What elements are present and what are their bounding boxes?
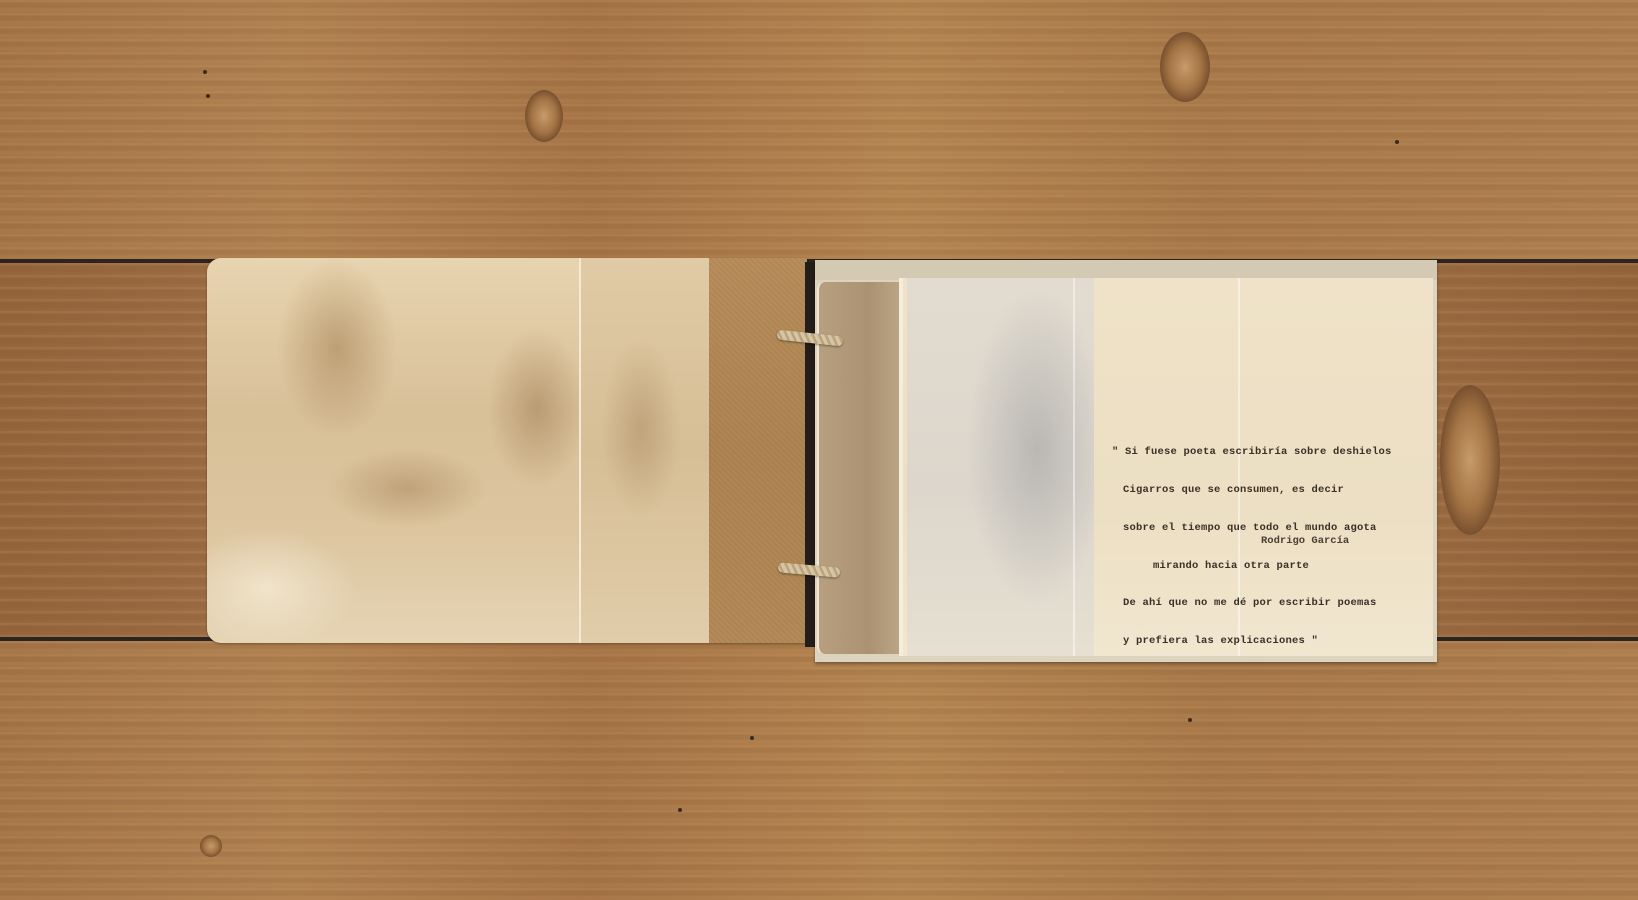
wood-plank-bottom bbox=[0, 641, 1638, 900]
poem-signature: Rodrigo García bbox=[1261, 535, 1349, 547]
nail-hole bbox=[1395, 140, 1399, 144]
poem-line: Cigarros que se consumen, es decir bbox=[1112, 484, 1412, 497]
wood-knot bbox=[1440, 385, 1500, 535]
nail-hole bbox=[203, 70, 207, 74]
poem-line: y prefiera las explicaciones " bbox=[1112, 635, 1412, 648]
poem-line: " Si fuese poeta escribiría sobre deshie… bbox=[1112, 446, 1412, 459]
vellum-sheet bbox=[907, 278, 1094, 656]
poem-line: sobre el tiempo que todo el mundo agota bbox=[1112, 522, 1412, 535]
wood-knot bbox=[200, 835, 222, 857]
wood-knot bbox=[1160, 32, 1210, 102]
book-gutter bbox=[805, 262, 815, 647]
page-fold-line bbox=[1073, 278, 1075, 656]
left-cover-page bbox=[207, 258, 807, 643]
poem-line: De ahí que no me dé por escribir poemas bbox=[1112, 597, 1412, 610]
poem-line: mirando hacia otra parte bbox=[1112, 560, 1412, 573]
stained-paper bbox=[207, 258, 579, 643]
cover-top-edge bbox=[815, 260, 1437, 280]
paper-overlay-strip bbox=[579, 258, 711, 643]
nail-hole bbox=[206, 94, 210, 98]
cardboard-board bbox=[709, 258, 807, 643]
wood-knot bbox=[525, 90, 563, 142]
nail-hole bbox=[678, 808, 682, 812]
nail-hole bbox=[1188, 718, 1192, 722]
nail-hole bbox=[750, 736, 754, 740]
wood-plank-top bbox=[0, 0, 1638, 260]
